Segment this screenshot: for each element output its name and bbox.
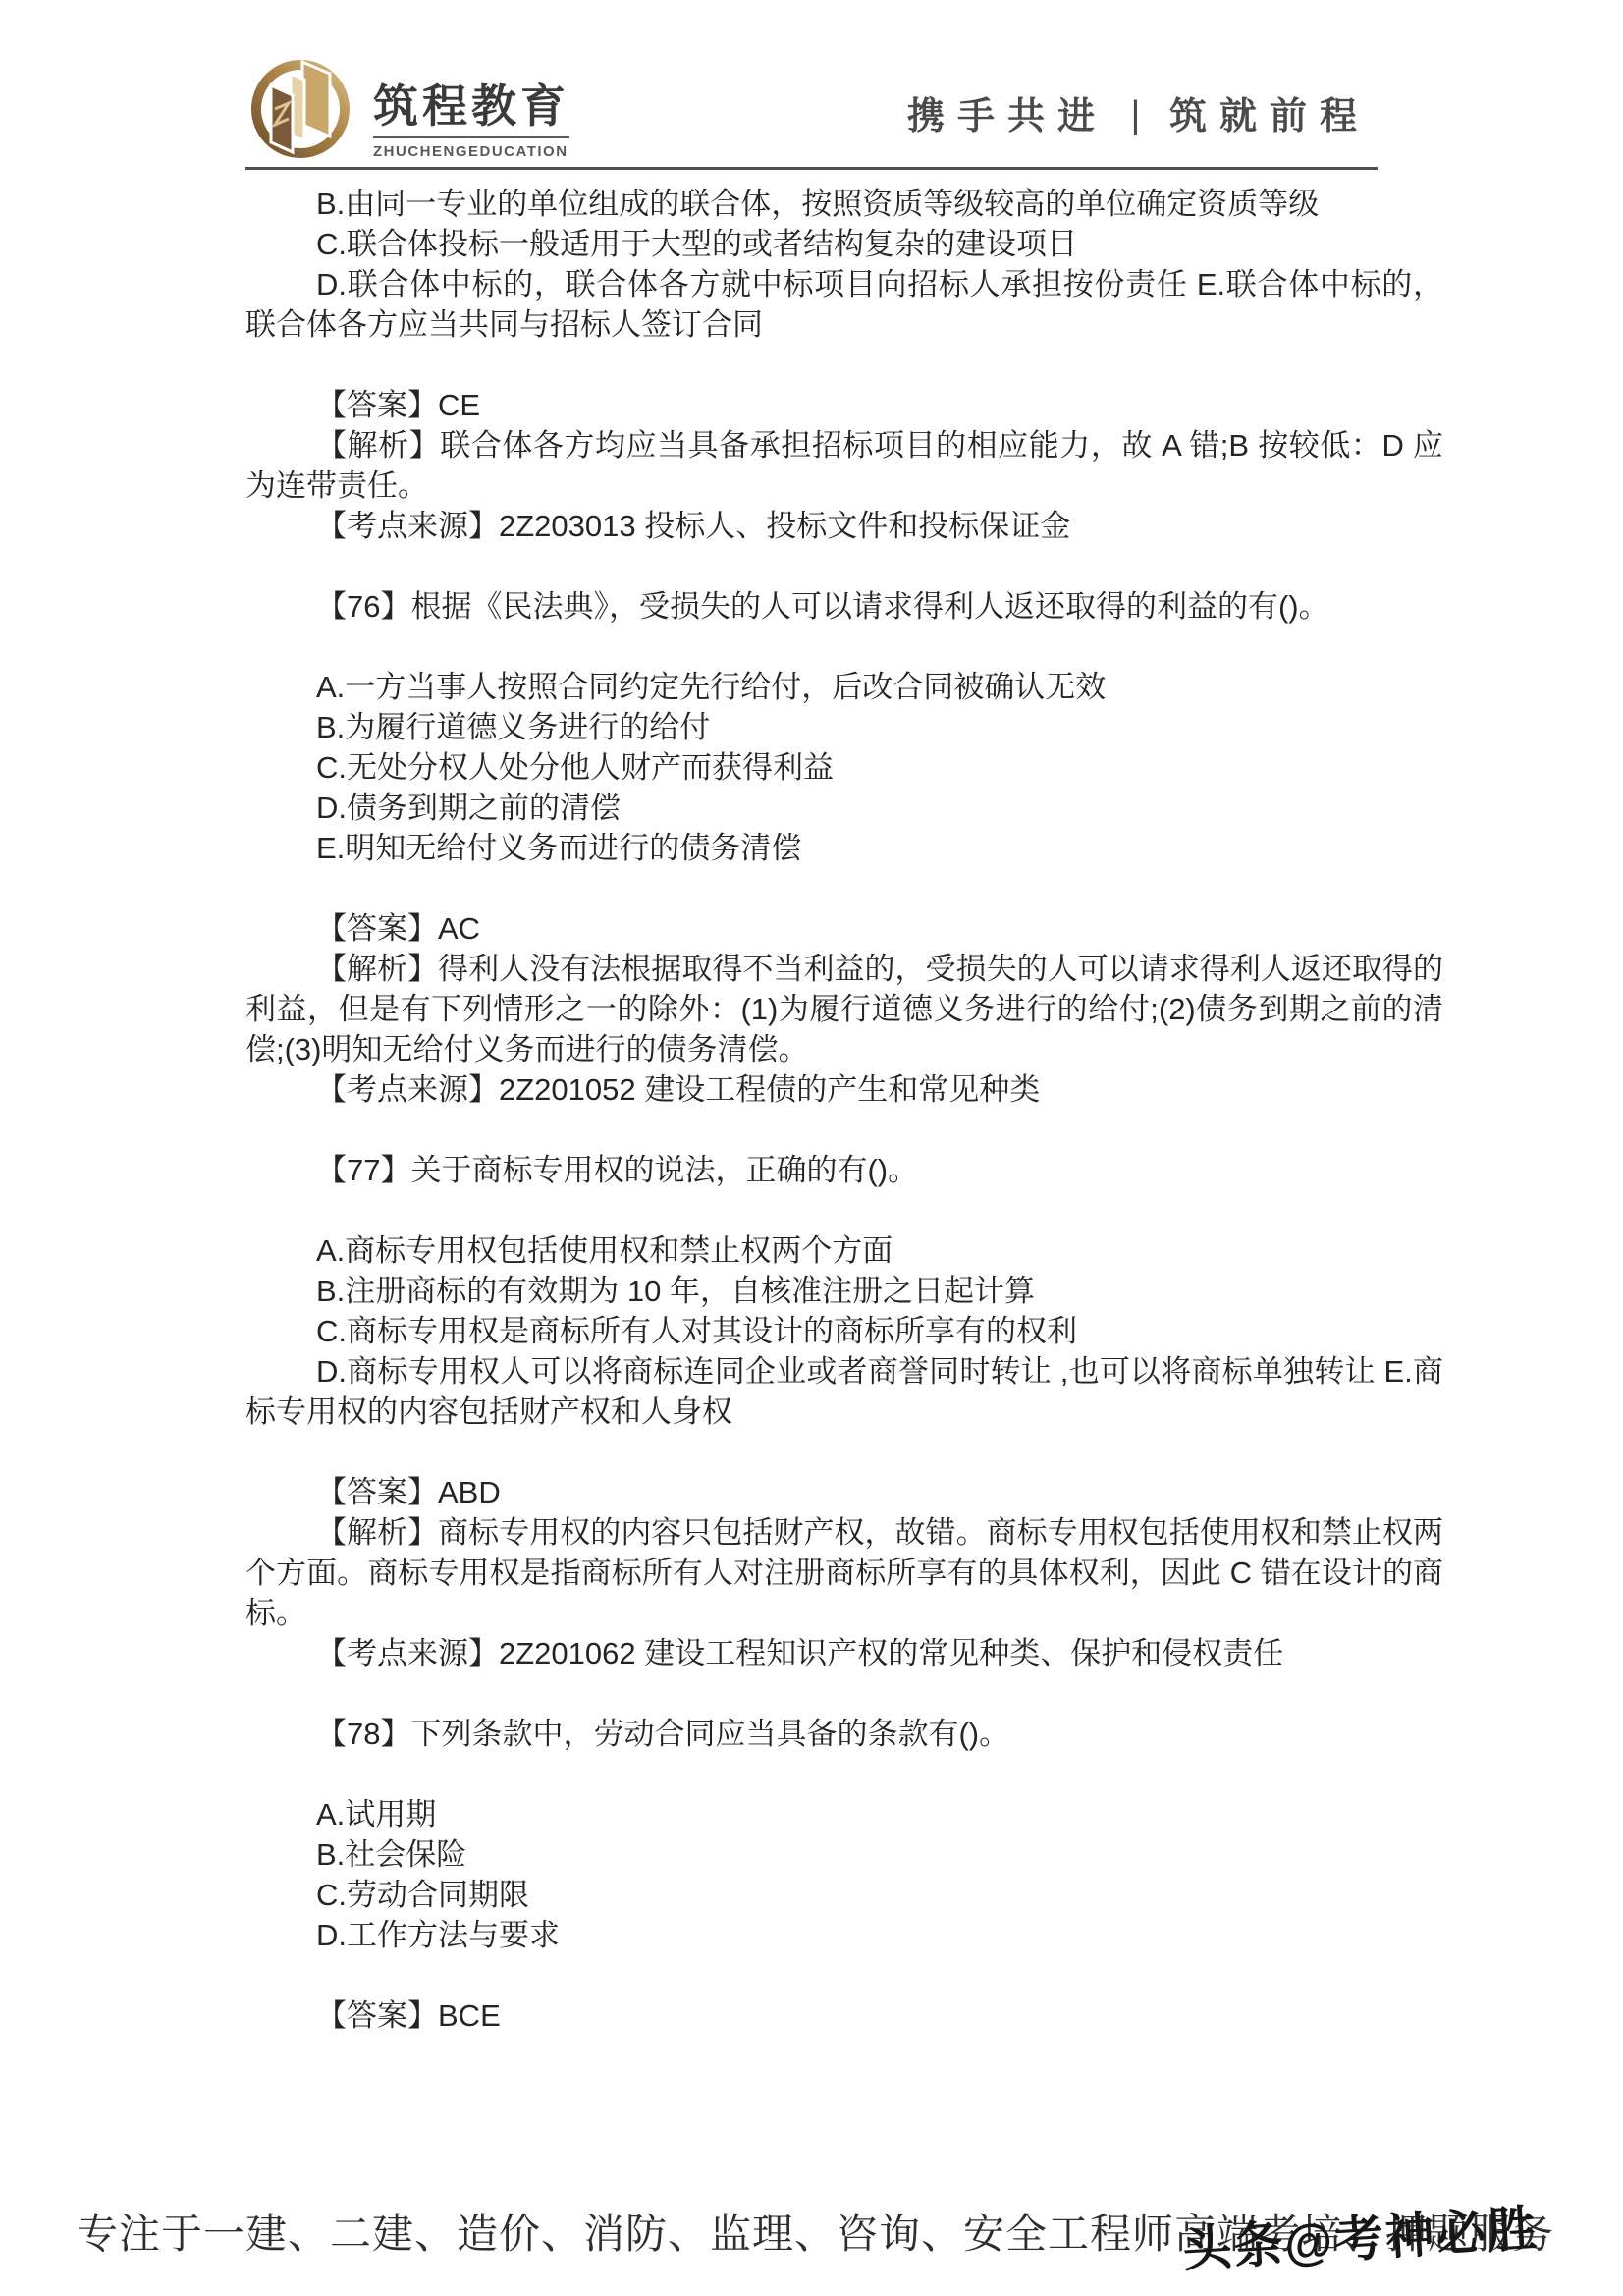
body-paragraph: C.无处分权人处分他人财产而获得利益: [245, 747, 1443, 788]
body-paragraph: 【解析】商标专用权的内容只包括财产权，故错。商标专用权包括使用权和禁止权两个方面…: [245, 1512, 1443, 1633]
body-paragraph: 【答案】AC: [245, 908, 1443, 949]
body-paragraph: D.商标专用权人可以将商标连同企业或者商誉同时转让 ,也可以将商标单独转让 E.…: [245, 1351, 1443, 1432]
body-paragraph: 【考点来源】2Z203013 投标人、投标文件和投标保证金: [245, 506, 1443, 546]
body-paragraph: 【考点来源】2Z201062 建设工程知识产权的常见种类、保护和侵权责任: [245, 1633, 1443, 1673]
document-page: 筑程教育 ZHUCHENGEDUCATION 携手共进 | 筑就前程 B.由同一…: [0, 0, 1623, 2296]
body-paragraph: A.商标专用权包括使用权和禁止权两个方面: [245, 1230, 1443, 1271]
brand-divider: [373, 136, 569, 138]
brand: 筑程教育 ZHUCHENGEDUCATION: [247, 54, 569, 160]
body-paragraph: A.一方当事人按照合同约定先行给付，后改合同被确认无效: [245, 667, 1443, 707]
watermark-text: 头条@考神必胜: [1180, 2189, 1540, 2281]
brand-name: 筑程教育: [373, 83, 569, 129]
body-paragraph: B.社会保险: [245, 1834, 1443, 1875]
body-paragraph: A.试用期: [245, 1794, 1443, 1834]
slogan-right: 筑就前程: [1169, 96, 1370, 137]
body-paragraph: 【解析】得利人没有法根据取得不当利益的，受损失的人可以请求得利人返还取得的利益，…: [245, 949, 1443, 1069]
body-paragraph: B.由同一专业的单位组成的联合体，按照资质等级较高的单位确定资质等级: [245, 184, 1443, 224]
document-body: B.由同一专业的单位组成的联合体，按照资质等级较高的单位确定资质等级C.联合体投…: [245, 184, 1443, 2036]
slogan-divider: |: [1131, 94, 1147, 136]
body-paragraph: 【答案】CE: [245, 385, 1443, 425]
paragraph-list: B.由同一专业的单位组成的联合体，按照资质等级较高的单位确定资质等级C.联合体投…: [245, 184, 1443, 2036]
body-paragraph: C.商标专用权是商标所有人对其设计的商标所享有的权利: [245, 1311, 1443, 1351]
body-paragraph: 【77】关于商标专用权的说法，正确的有()。: [245, 1150, 1443, 1190]
body-paragraph: 【76】根据《民法典》，受损失的人可以请求得利人返还取得的利益的有()。: [245, 586, 1443, 627]
body-paragraph: D.工作方法与要求: [245, 1915, 1443, 1955]
body-paragraph: 【78】下列条款中，劳动合同应当具备的条款有()。: [245, 1714, 1443, 1754]
zhucheng-logo-icon: [247, 54, 353, 160]
body-paragraph: C.劳动合同期限: [245, 1875, 1443, 1915]
body-paragraph: 【答案】ABD: [245, 1472, 1443, 1512]
body-paragraph: C.联合体投标一般适用于大型的或者结构复杂的建设项目: [245, 224, 1443, 264]
body-paragraph: D.联合体中标的，联合体各方就中标项目向招标人承担按份责任 E.联合体中标的，联…: [245, 264, 1443, 345]
header-rule: [245, 167, 1378, 170]
body-paragraph: B.为履行道德义务进行的给付: [245, 707, 1443, 747]
body-paragraph: E.明知无给付义务而进行的债务清偿: [245, 828, 1443, 868]
header-slogan: 携手共进 | 筑就前程: [907, 98, 1370, 136]
brand-subtitle: ZHUCHENGEDUCATION: [373, 143, 569, 160]
brand-text: 筑程教育 ZHUCHENGEDUCATION: [373, 54, 569, 160]
body-paragraph: 【考点来源】2Z201052 建设工程债的产生和常见种类: [245, 1069, 1443, 1110]
body-paragraph: 【答案】BCE: [245, 1995, 1443, 2036]
slogan-left: 携手共进: [907, 96, 1108, 137]
body-paragraph: 【解析】联合体各方均应当具备承担招标项目的相应能力，故 A 错;B 按较低：D …: [245, 425, 1443, 506]
body-paragraph: D.债务到期之前的清偿: [245, 788, 1443, 828]
body-paragraph: B.注册商标的有效期为 10 年，自核准注册之日起计算: [245, 1271, 1443, 1311]
